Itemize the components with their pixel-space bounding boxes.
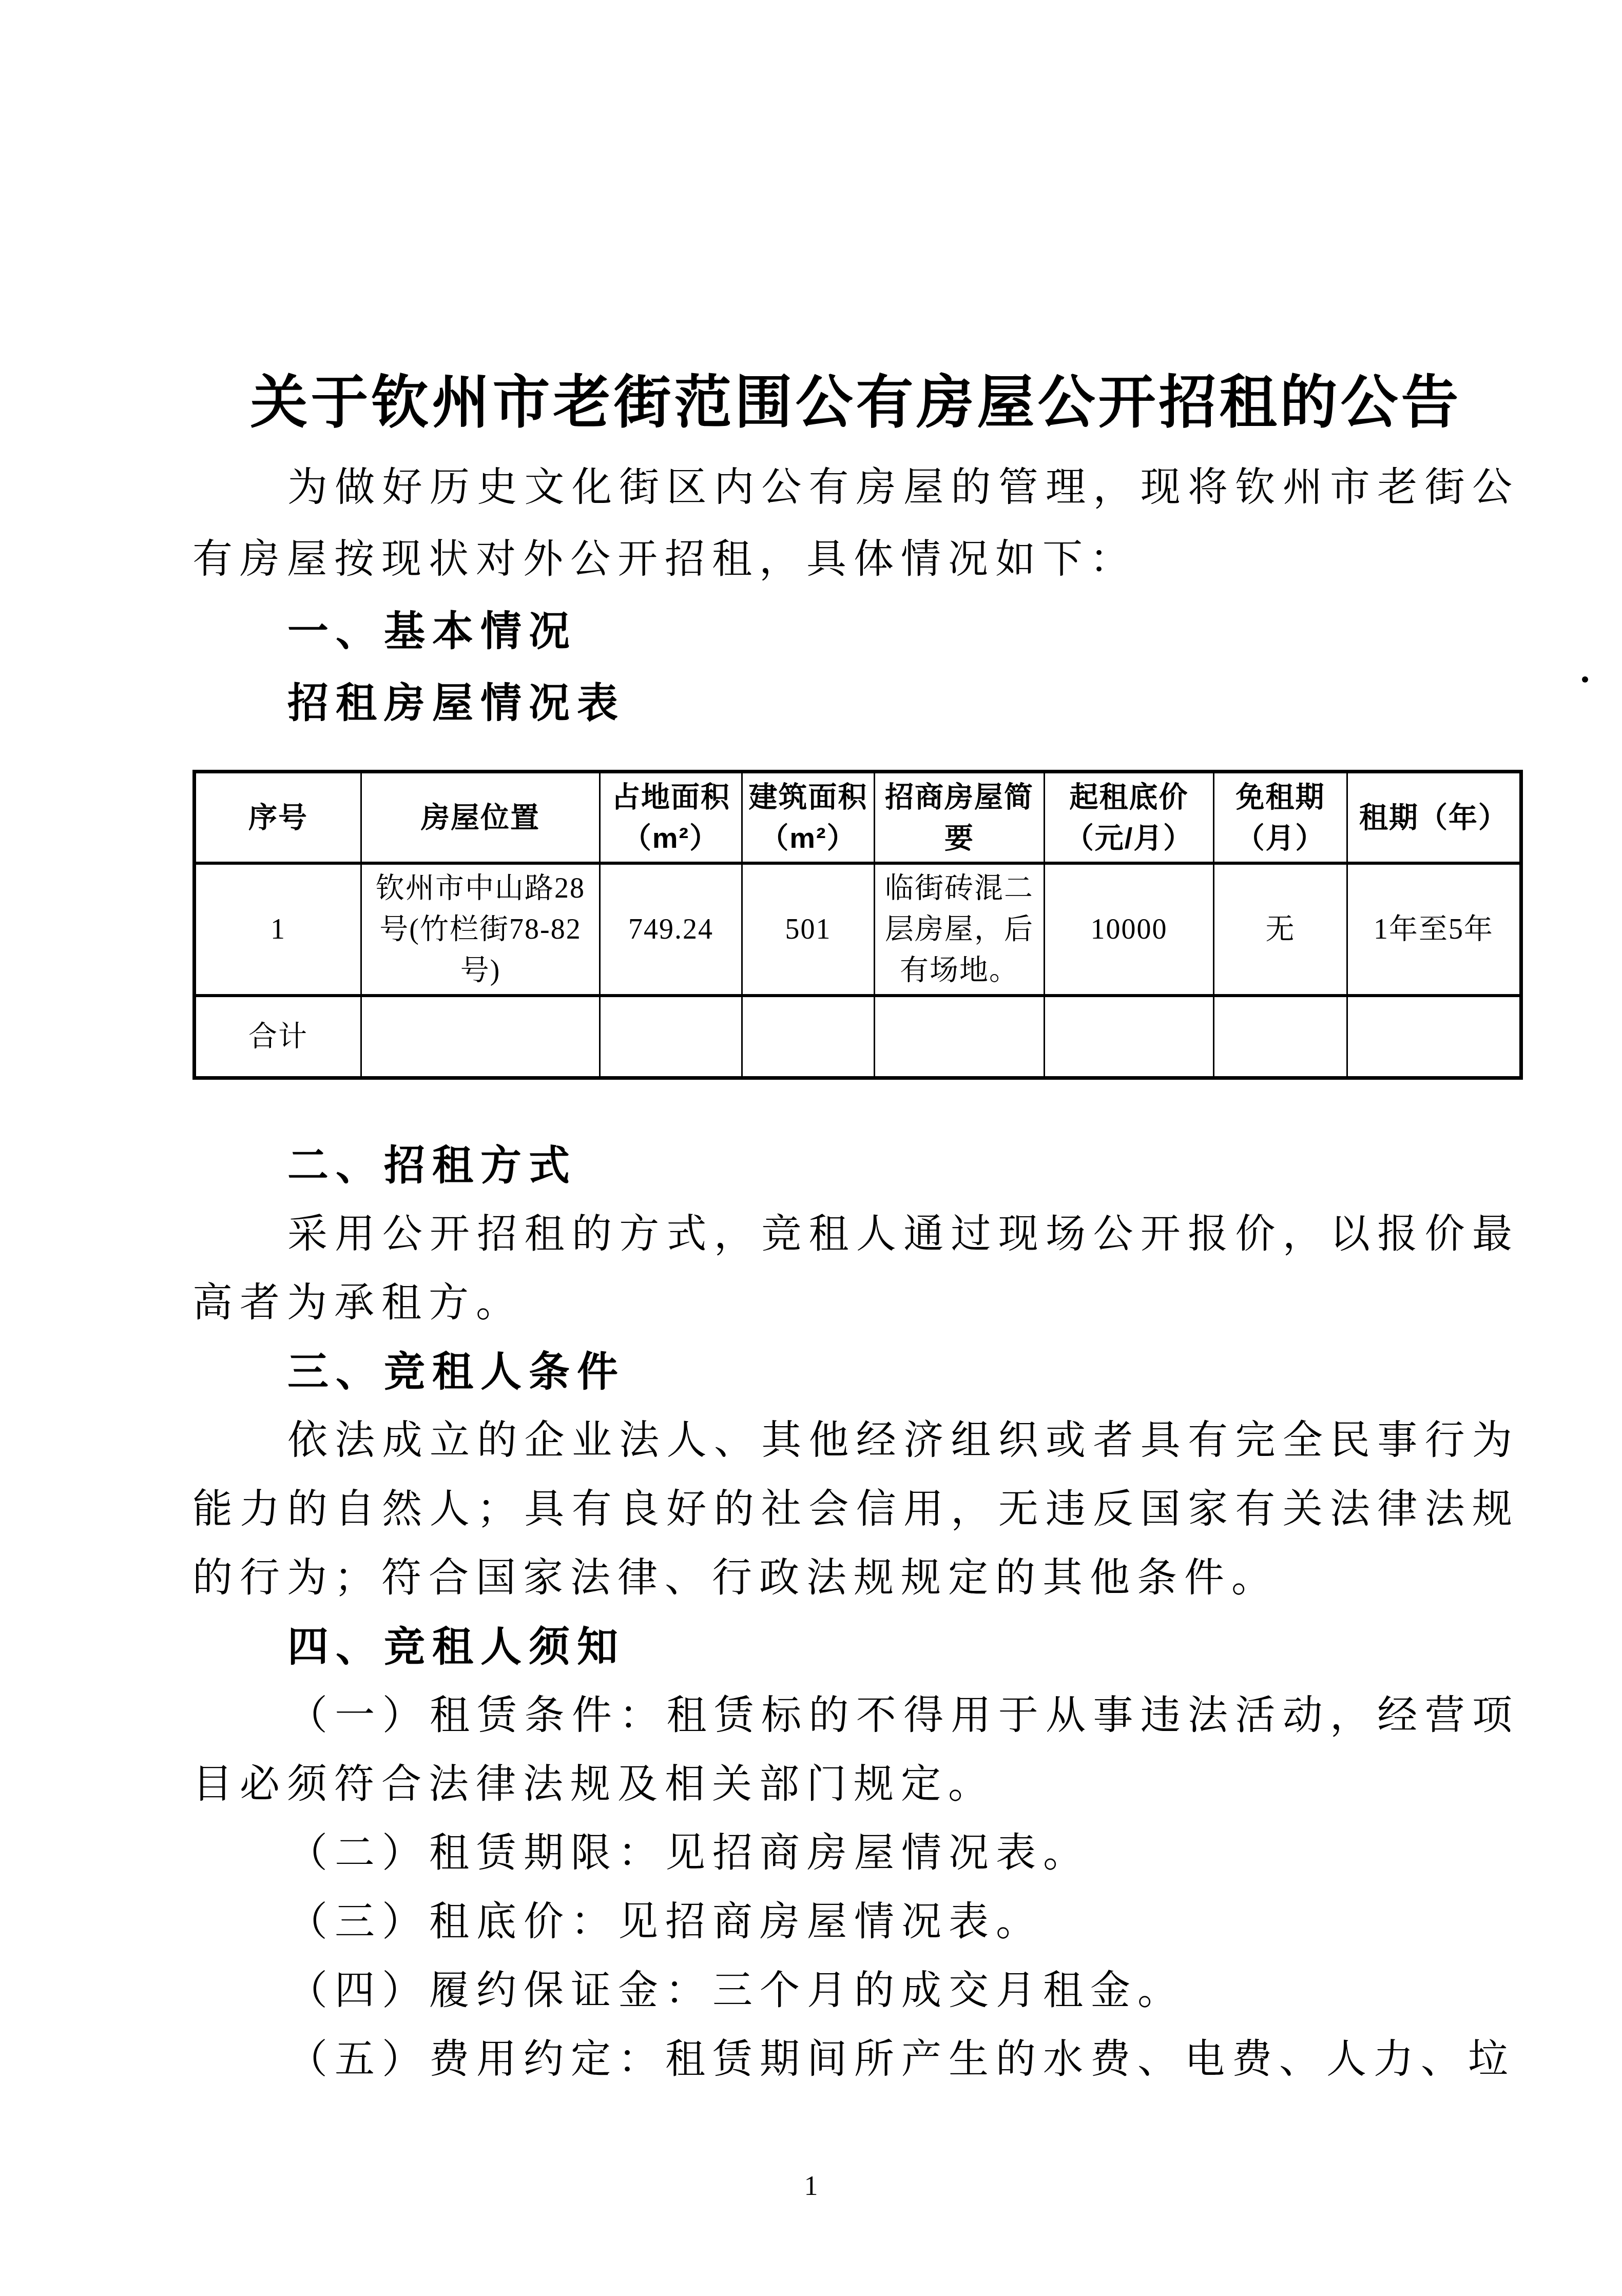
column-header-term: 租期（年） <box>1347 772 1521 864</box>
column-header-building-area: 建筑面积（m²） <box>742 772 875 864</box>
table-header-row: 序号 房屋位置 占地面积（m²） 建筑面积（m²） 招商房屋简要 起租底价（元/… <box>195 772 1521 864</box>
cell-empty <box>361 996 600 1078</box>
notice-item-3: （三）租底价：见招商房屋情况表。 <box>192 1888 1519 1956</box>
notice-item-5: （五）费用约定：租赁期间所产生的水费、电费、人力、垃 <box>192 2025 1519 2094</box>
method-paragraph: 采用公开招租的方式，竞租人通过现场公开报价，以报价最高者为承租方。 <box>192 1200 1519 1337</box>
table-total-row: 合计 <box>195 996 1521 1078</box>
document-title: 关于钦州市老街范围公有房屋公开招租的公告 <box>192 362 1519 444</box>
rental-property-table: 序号 房屋位置 占地面积（m²） 建筑面积（m²） 招商房屋简要 起租底价（元/… <box>192 770 1523 1080</box>
cell-base-price: 10000 <box>1045 863 1214 996</box>
notice-item-2: （二）租赁期限：见招商房屋情况表。 <box>192 1819 1519 1888</box>
cell-empty <box>600 996 742 1078</box>
cell-building-area: 501 <box>742 863 875 996</box>
column-header-brief: 招商房屋简要 <box>875 772 1045 864</box>
cell-empty <box>1214 996 1347 1078</box>
column-header-seq: 序号 <box>195 772 361 864</box>
scan-speckle <box>1582 676 1588 683</box>
cell-location: 钦州市中山路28号(竹栏街78-82号) <box>361 863 600 996</box>
section-heading-basic: 一、基本情况 <box>192 595 1519 667</box>
cell-empty <box>875 996 1045 1078</box>
cell-empty <box>1347 996 1521 1078</box>
section-heading-method: 二、招租方式 <box>192 1131 1519 1200</box>
column-header-base-price: 起租底价（元/月） <box>1045 772 1214 864</box>
cell-land-area: 749.24 <box>600 863 742 996</box>
notice-item-1: （一）租赁条件：租赁标的不得用于从事违法活动，经营项目必须符合法律法规及相关部门… <box>192 1681 1519 1819</box>
cell-rent-free: 无 <box>1214 863 1347 996</box>
document-page: 关于钦州市老街范围公有房屋公开招租的公告 为做好历史文化街区内公有房屋的管理，现… <box>0 0 1622 2296</box>
page-number: 1 <box>0 2170 1622 2201</box>
cell-empty <box>1045 996 1214 1078</box>
section-heading-conditions: 三、竞租人条件 <box>192 1337 1519 1406</box>
column-header-rent-free: 免租期（月） <box>1214 772 1347 864</box>
table-title: 招租房屋情况表 <box>192 667 1519 739</box>
cell-empty <box>742 996 875 1078</box>
column-header-land-area: 占地面积（m²） <box>600 772 742 864</box>
table-row: 1 钦州市中山路28号(竹栏街78-82号) 749.24 501 临街砖混二层… <box>195 863 1521 996</box>
document-content: 关于钦州市老街范围公有房屋公开招租的公告 为做好历史文化街区内公有房屋的管理，现… <box>0 362 1622 2094</box>
intro-paragraph: 为做好历史文化街区内公有房屋的管理，现将钦州市老街公有房屋按现状对外公开招租，具… <box>192 452 1519 595</box>
cell-seq: 1 <box>195 863 361 996</box>
section-heading-notice: 四、竞租人须知 <box>192 1612 1519 1681</box>
cell-brief: 临街砖混二层房屋，后有场地。 <box>875 863 1045 996</box>
cell-total-label: 合计 <box>195 996 361 1078</box>
notice-item-4: （四）履约保证金：三个月的成交月租金。 <box>192 1956 1519 2025</box>
column-header-location: 房屋位置 <box>361 772 600 864</box>
conditions-paragraph: 依法成立的企业法人、其他经济组织或者具有完全民事行为能力的自然人；具有良好的社会… <box>192 1406 1519 1612</box>
cell-term: 1年至5年 <box>1347 863 1521 996</box>
